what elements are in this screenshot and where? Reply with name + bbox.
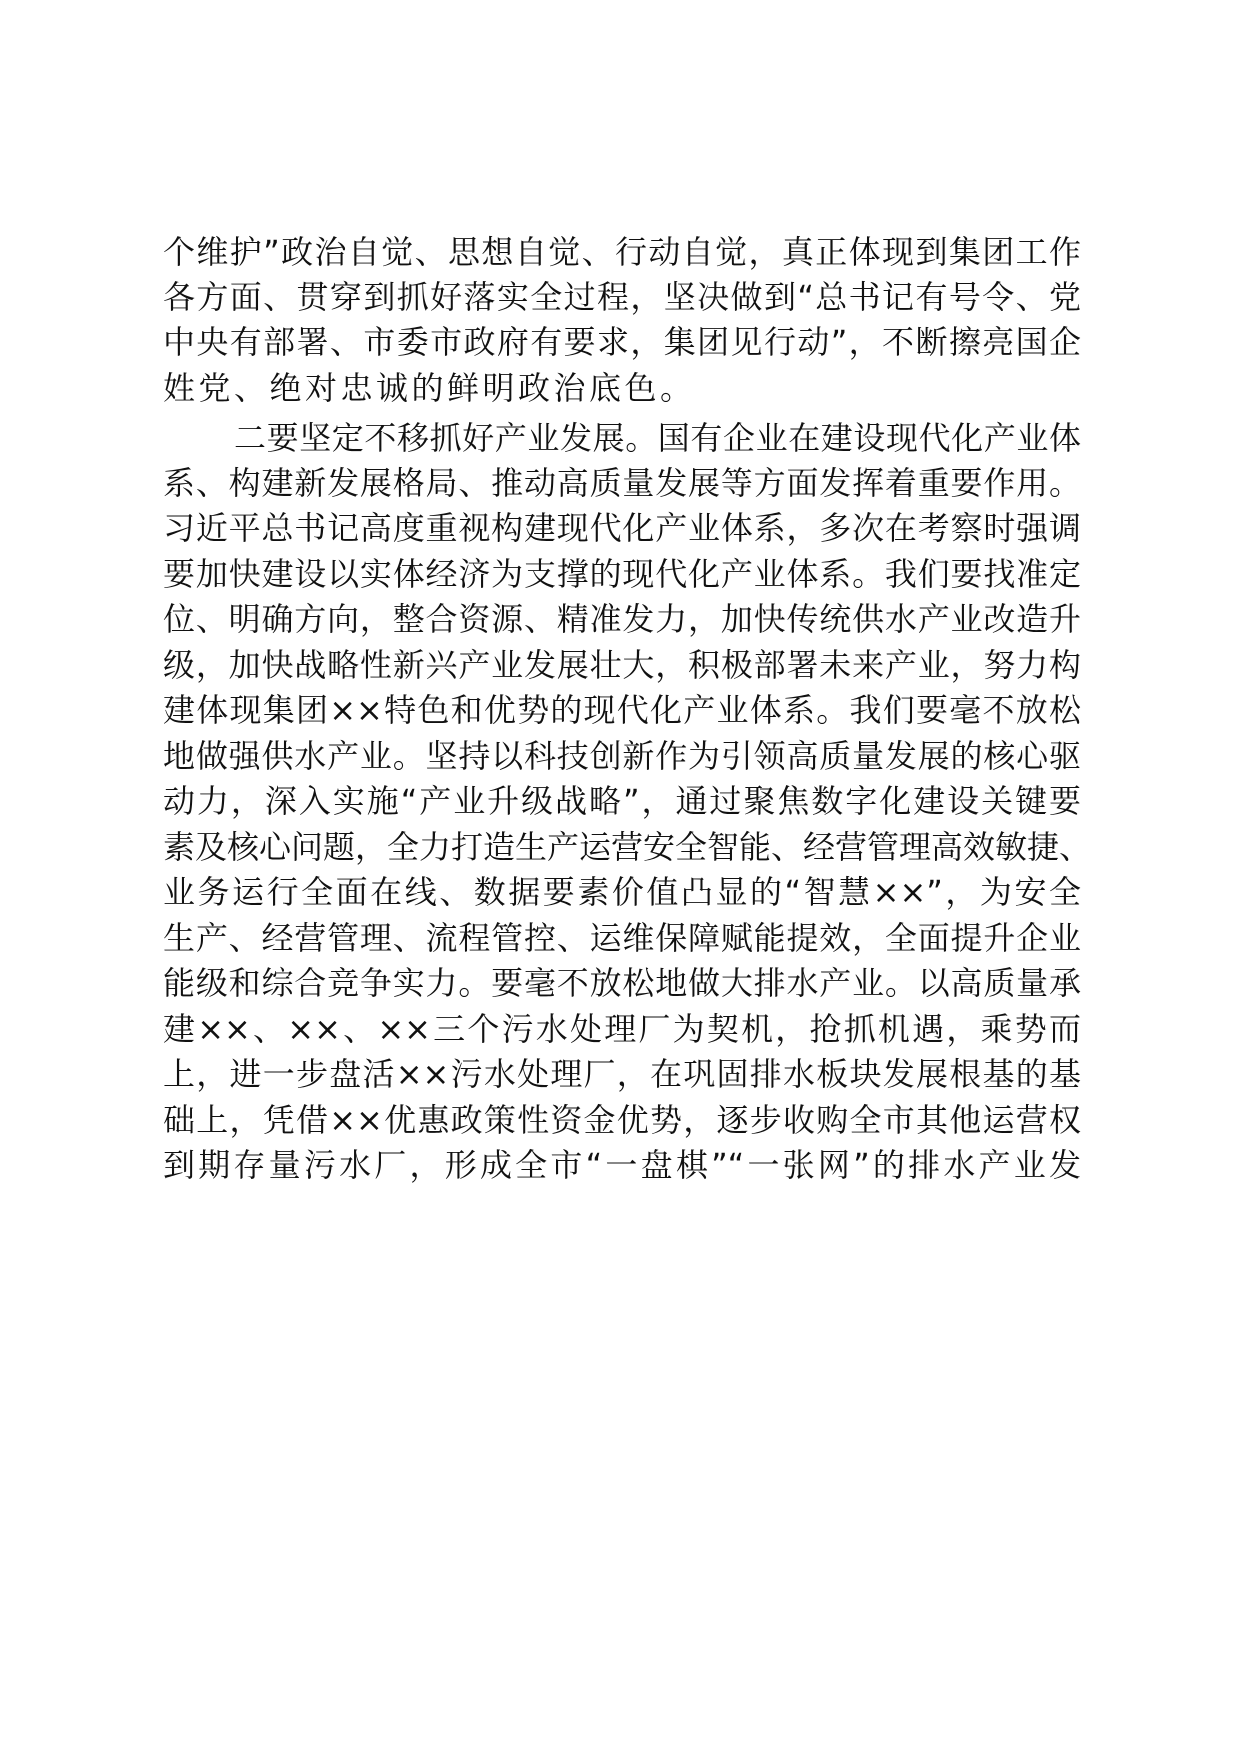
text-line: 能级和综合竞争实力。要毫不放松地做大排水产业。以高质量承	[163, 963, 1081, 1003]
text-line: 要加快建设以实体经济为支撑的现代化产业体系。我们要找准定	[163, 554, 1081, 594]
text-line: 上，进一步盘活××污水处理厂，在巩固排水板块发展根基的基	[163, 1054, 1081, 1094]
text-line: 中央有部署、市委市政府有要求，集团见行动”，不断擦亮国企	[163, 322, 1081, 362]
text-line: 姓党、绝对忠诚的鲜明政治底色。	[163, 368, 696, 408]
text-line: 础上，凭借××优惠政策性资金优势，逐步收购全市其他运营权	[163, 1100, 1081, 1140]
text-line: 建体现集团××特色和优势的现代化产业体系。我们要毫不放松	[163, 690, 1081, 730]
text-line: 级，加快战略性新兴产业发展壮大，积极部署未来产业，努力构	[163, 645, 1081, 685]
text-line: 生产、经营管理、流程管控、运维保障赋能提效，全面提升企业	[163, 918, 1081, 958]
text-line: 习近平总书记高度重视构建现代化产业体系，多次在考察时强调	[163, 508, 1081, 548]
text-line: 系、构建新发展格局、推动高质量发展等方面发挥着重要作用。	[163, 463, 1081, 503]
text-line: 到期存量污水厂，形成全市“一盘棋”“一张网”的排水产业发	[163, 1145, 1081, 1185]
text-line: 素及核心问题，全力打造生产运营安全智能、经营管理高效敏捷、	[163, 827, 1081, 867]
document-page: 个维护”政治自觉、思想自觉、行动自觉，真正体现到集团工作各方面、贯穿到抓好落实全…	[0, 0, 1240, 1754]
text-line: 业务运行全面在线、数据要素价值凸显的“智慧××”，为安全	[163, 872, 1081, 912]
text-line: 动力，深入实施“产业升级战略”，通过聚焦数字化建设关键要	[163, 781, 1081, 821]
text-line: 建××、××、××三个污水处理厂为契机，抢抓机遇，乘势而	[163, 1009, 1081, 1049]
text-line: 地做强供水产业。坚持以科技创新作为引领高质量发展的核心驱	[163, 736, 1081, 776]
paragraph-first-line: 二要坚定不移抓好产业发展。国有企业在建设现代化产业体	[234, 418, 1081, 458]
text-line: 个维护”政治自觉、思想自觉、行动自觉，真正体现到集团工作	[163, 232, 1081, 272]
text-line: 各方面、贯穿到抓好落实全过程，坚决做到“总书记有号令、党	[163, 277, 1081, 317]
text-line: 位、明确方向，整合资源、精准发力，加快传统供水产业改造升	[163, 599, 1081, 639]
